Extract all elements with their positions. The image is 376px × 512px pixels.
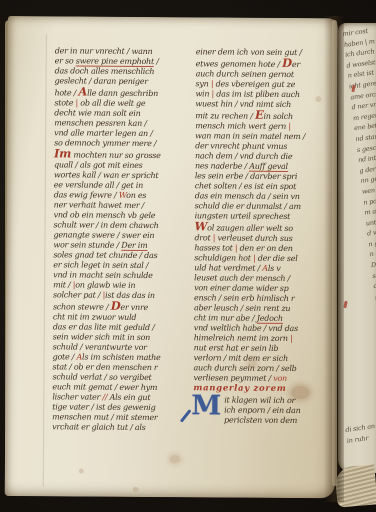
blue-initial-m: M (191, 394, 221, 418)
text-line: etwes genomen hote / Der (196, 57, 336, 70)
recto-margin-note: di sich anin ruhr (345, 421, 376, 446)
right-text-column: einer dem ich von sein gut /etwes genome… (193, 47, 336, 426)
red-tick-mark (343, 301, 347, 308)
manuscript-photo: mir costhaben | mich durchd woselst en e… (0, 0, 376, 512)
text-line: hote / Alle dann geschribn (54, 86, 192, 99)
page-edge-highlight (332, 20, 337, 486)
recto-text-column: mir costhaben | mich durchd woselst en e… (342, 23, 376, 418)
text-line: mit zu rechen / Ein solch (195, 109, 335, 122)
stain (170, 455, 180, 463)
text-line: schon stewre / Der vnre (53, 300, 191, 313)
page-stack-edge (334, 464, 376, 507)
text-line: Im mochten nur so grosse (54, 148, 192, 161)
ruling-line (43, 34, 47, 486)
text-line: vrchait er glaich tut / als (52, 422, 190, 433)
initial-paragraph: M it klagen wil ich orich enporn / ein d… (193, 395, 333, 426)
left-text-column: der in nur vnrecht / wanner so swere pin… (52, 46, 193, 433)
recto-page-edge: mir costhaben | mich durchd woselst en e… (338, 23, 376, 473)
stain (79, 469, 84, 474)
manuscript-page: der in nur vnrecht / wanner so swere pin… (5, 16, 338, 498)
text-line: Wol zaugen aller welt so (194, 221, 334, 234)
right-column-lines: einer dem ich von sein gut /etwes genome… (193, 47, 335, 394)
stain (133, 487, 139, 492)
